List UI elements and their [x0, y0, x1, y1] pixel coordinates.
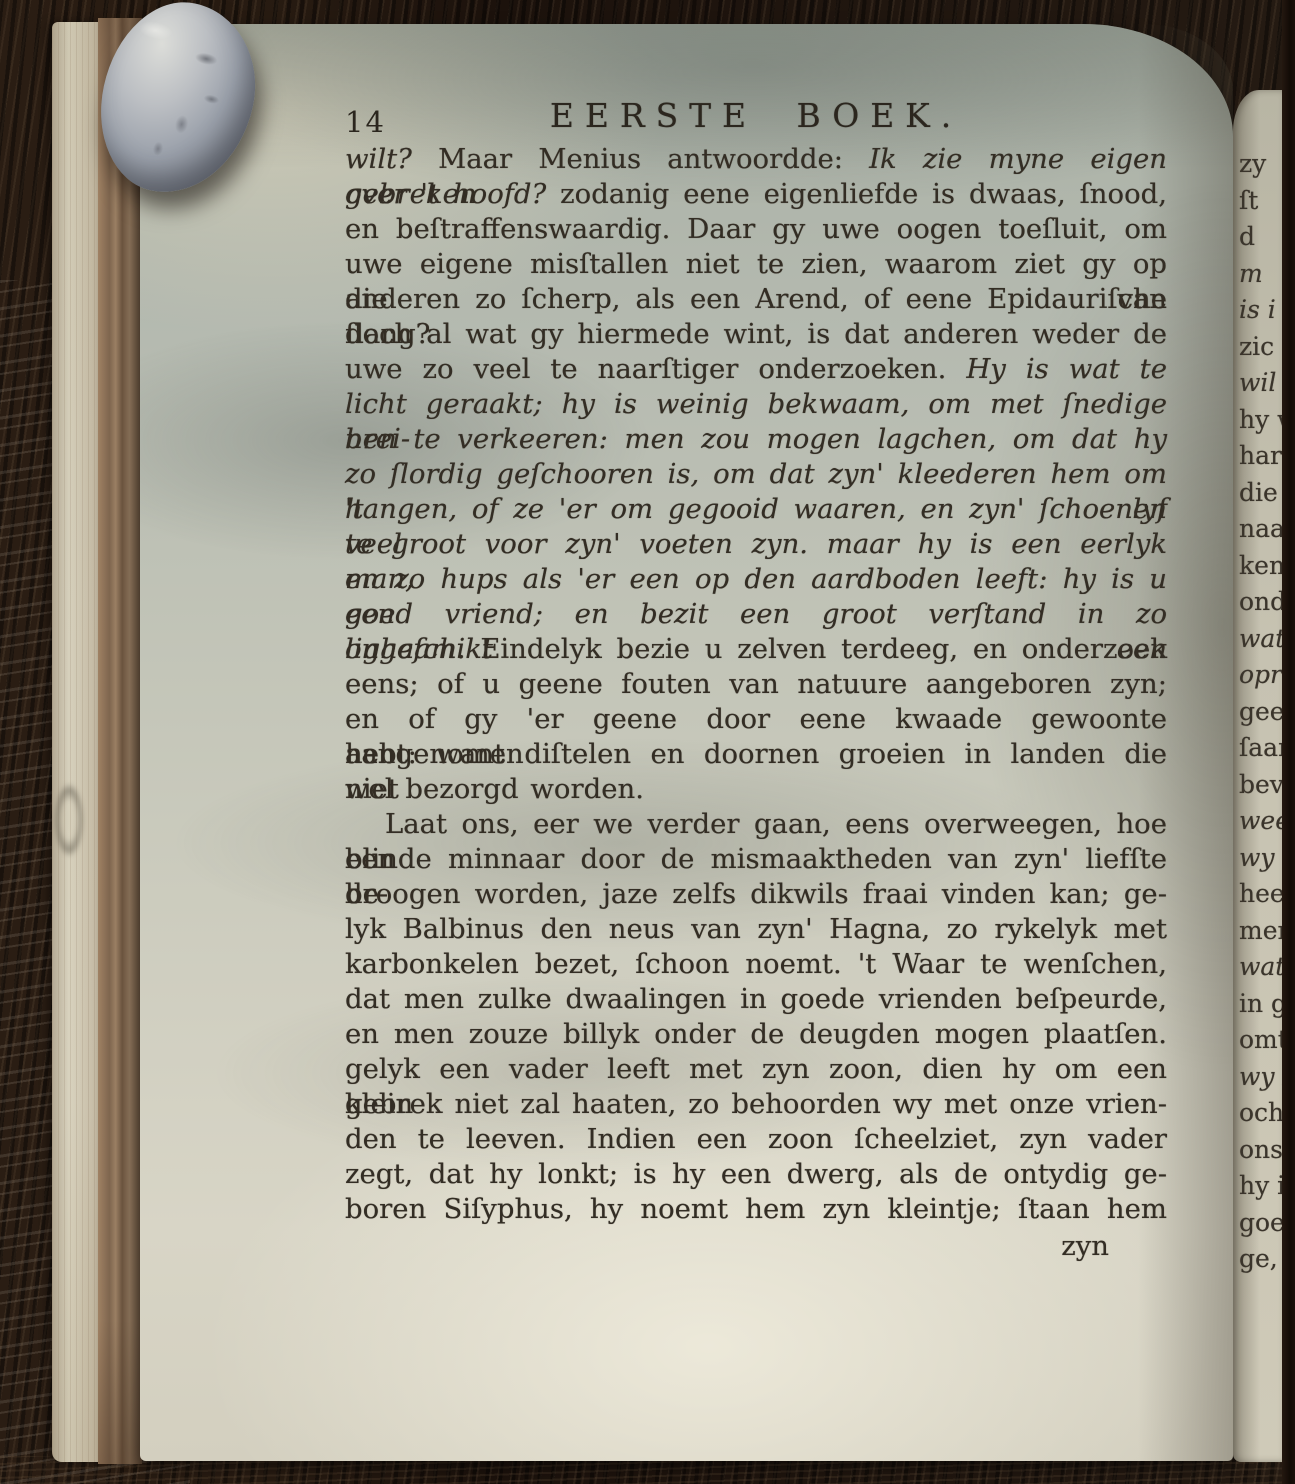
- text-line: lighaam. Eindelyk bezie u zelven terdeeg…: [345, 632, 1167, 667]
- fragment-line: zy: [1239, 146, 1282, 183]
- fragment-line: men wy: [1239, 913, 1282, 950]
- fragment-line: ſt: [1239, 183, 1282, 220]
- body-text: wilt? Maar Menius antwoordde: Ik zie myn…: [345, 142, 1167, 1264]
- text-line: dat men zulke dwaalingen in goede vriend…: [345, 982, 1167, 1017]
- binding-stripe: [98, 18, 142, 1464]
- fragment-line: wy leev: [1239, 840, 1282, 877]
- text-line: zegt, dat hy lonkt; is hy een dwerg, als…: [345, 1157, 1167, 1192]
- fragment-line: wat eenv: [1239, 949, 1282, 986]
- text-line: blinde minnaar door de mismaaktheden van…: [345, 842, 1167, 877]
- fragment-line: naar: [1239, 511, 1282, 548]
- fragment-line: in gedach: [1239, 986, 1282, 1023]
- text-line: en of gy 'er geene door eene kwaade gewo…: [345, 702, 1167, 737]
- text-line: doch al wat gy hiermede wint, is dat and…: [345, 317, 1167, 352]
- fragment-line: bevind: [1239, 767, 1282, 804]
- text-line: eens; of u geene fouten van natuure aang…: [345, 667, 1167, 702]
- fragment-line: hart: [1239, 438, 1282, 475]
- facing-page-sliver: zyſtdmis izicwilhy whartdie gnaarken,ond…: [1233, 90, 1282, 1462]
- fragment-line: och! ho: [1239, 1095, 1282, 1132]
- text-line: licht geraakt; hy is weinig bekwaam, om …: [345, 387, 1167, 422]
- fragment-line: d: [1239, 219, 1282, 256]
- text-line: hangen, of ze 'er om gegooid waaren, en …: [345, 492, 1167, 527]
- text-line: nen te verkeeren: men zou mogen lagchen,…: [345, 422, 1167, 457]
- text-line: over 't hoofd? zodanig eene eigenliefde …: [345, 177, 1167, 212]
- photo-scene: 14 EERSTE BOEK. wilt? Maar Menius antwoo…: [0, 0, 1295, 1484]
- fragment-line: omtrent: [1239, 1022, 1282, 1059]
- book-page: 14 EERSTE BOEK. wilt? Maar Menius antwoo…: [140, 24, 1233, 1461]
- text-line: anderen zo ſcherp, als een Arend, of een…: [345, 282, 1167, 317]
- text-line: te groot voor zyn' voeten zyn. maar hy i…: [345, 527, 1167, 562]
- fragment-line: hy is de: [1239, 1168, 1282, 1205]
- page-edges: [52, 22, 100, 1462]
- text-line: uwe zo veel te naarſtiger onderzoeken. H…: [345, 352, 1167, 387]
- fragment-line: heerſche: [1239, 876, 1282, 913]
- text-line: wilt? Maar Menius antwoordde: Ik zie myn…: [345, 142, 1167, 177]
- text-line: en zo hups als 'er een op den aardboden …: [345, 562, 1167, 597]
- running-title: EERSTE BOEK.: [345, 96, 1167, 135]
- facing-page-text: zyſtdmis izicwilhy whartdie gnaarken,ond…: [1239, 146, 1282, 1278]
- photo-right-edge: [1282, 0, 1295, 1484]
- fragment-line: die g: [1239, 475, 1282, 512]
- page-number: 14: [345, 105, 386, 139]
- text-line: wel bezorgd worden.: [345, 772, 1167, 807]
- text-line: gelyk een vader leeft met zyn zoon, dien…: [345, 1052, 1167, 1087]
- text-line: karbonkelen bezet, ſchoon noemt. 't Waar…: [345, 947, 1167, 982]
- page-header: 14 EERSTE BOEK.: [345, 96, 1167, 142]
- fragment-line: oprech: [1239, 657, 1282, 694]
- text-line: goed vriend; en bezit een groot verſtand…: [345, 597, 1167, 632]
- text-line: en beſtraffenswaardig. Daar gy uwe oogen…: [345, 212, 1167, 247]
- fragment-line: wat u: [1239, 621, 1282, 658]
- fragment-line: hy w: [1239, 402, 1282, 439]
- catchword: zyn: [345, 1229, 1167, 1264]
- text-line: boren Siſyphus, hy noemt hem zyn kleintj…: [345, 1192, 1167, 1227]
- fragment-line: ken,: [1239, 548, 1282, 585]
- text-line: gebrek niet zal haaten, zo behoorden wy …: [345, 1087, 1167, 1122]
- fragment-line: ſaam: [1239, 730, 1282, 767]
- text-line: lyk Balbinus den neus van zyn' Hagna, zo…: [345, 912, 1167, 947]
- text-line: zo ſlordig geſchooren is, om dat zyn' kl…: [345, 457, 1167, 492]
- text-line: droogen worden, jaze zelfs dikwils fraai…: [345, 877, 1167, 912]
- fragment-line: wy zegge: [1239, 1059, 1282, 1096]
- fragment-line: wil: [1239, 365, 1282, 402]
- text-line: hebt: want diſtelen en doornen groeien i…: [345, 737, 1167, 772]
- text-line: uwe eigene misſtallen niet te zien, waar…: [345, 247, 1167, 282]
- fragment-line: zic: [1239, 329, 1282, 366]
- fragment-line: goed vri: [1239, 1205, 1282, 1242]
- fragment-line: weet,: [1239, 803, 1282, 840]
- fragment-line: ge, en,: [1239, 1241, 1282, 1278]
- fragment-line: onde: [1239, 584, 1282, 621]
- fragment-line: m: [1239, 256, 1282, 293]
- fragment-line: geeſt i: [1239, 694, 1282, 731]
- fragment-line: ons zelfs: [1239, 1132, 1282, 1169]
- text-line: en men zouze billyk onder de deugden mog…: [345, 1017, 1167, 1052]
- fragment-line: is i: [1239, 292, 1282, 329]
- text-line: Laat ons, eer we verder gaan, eens overw…: [345, 807, 1167, 842]
- text-line: den te leeven. Indien een zoon ſcheelzie…: [345, 1122, 1167, 1157]
